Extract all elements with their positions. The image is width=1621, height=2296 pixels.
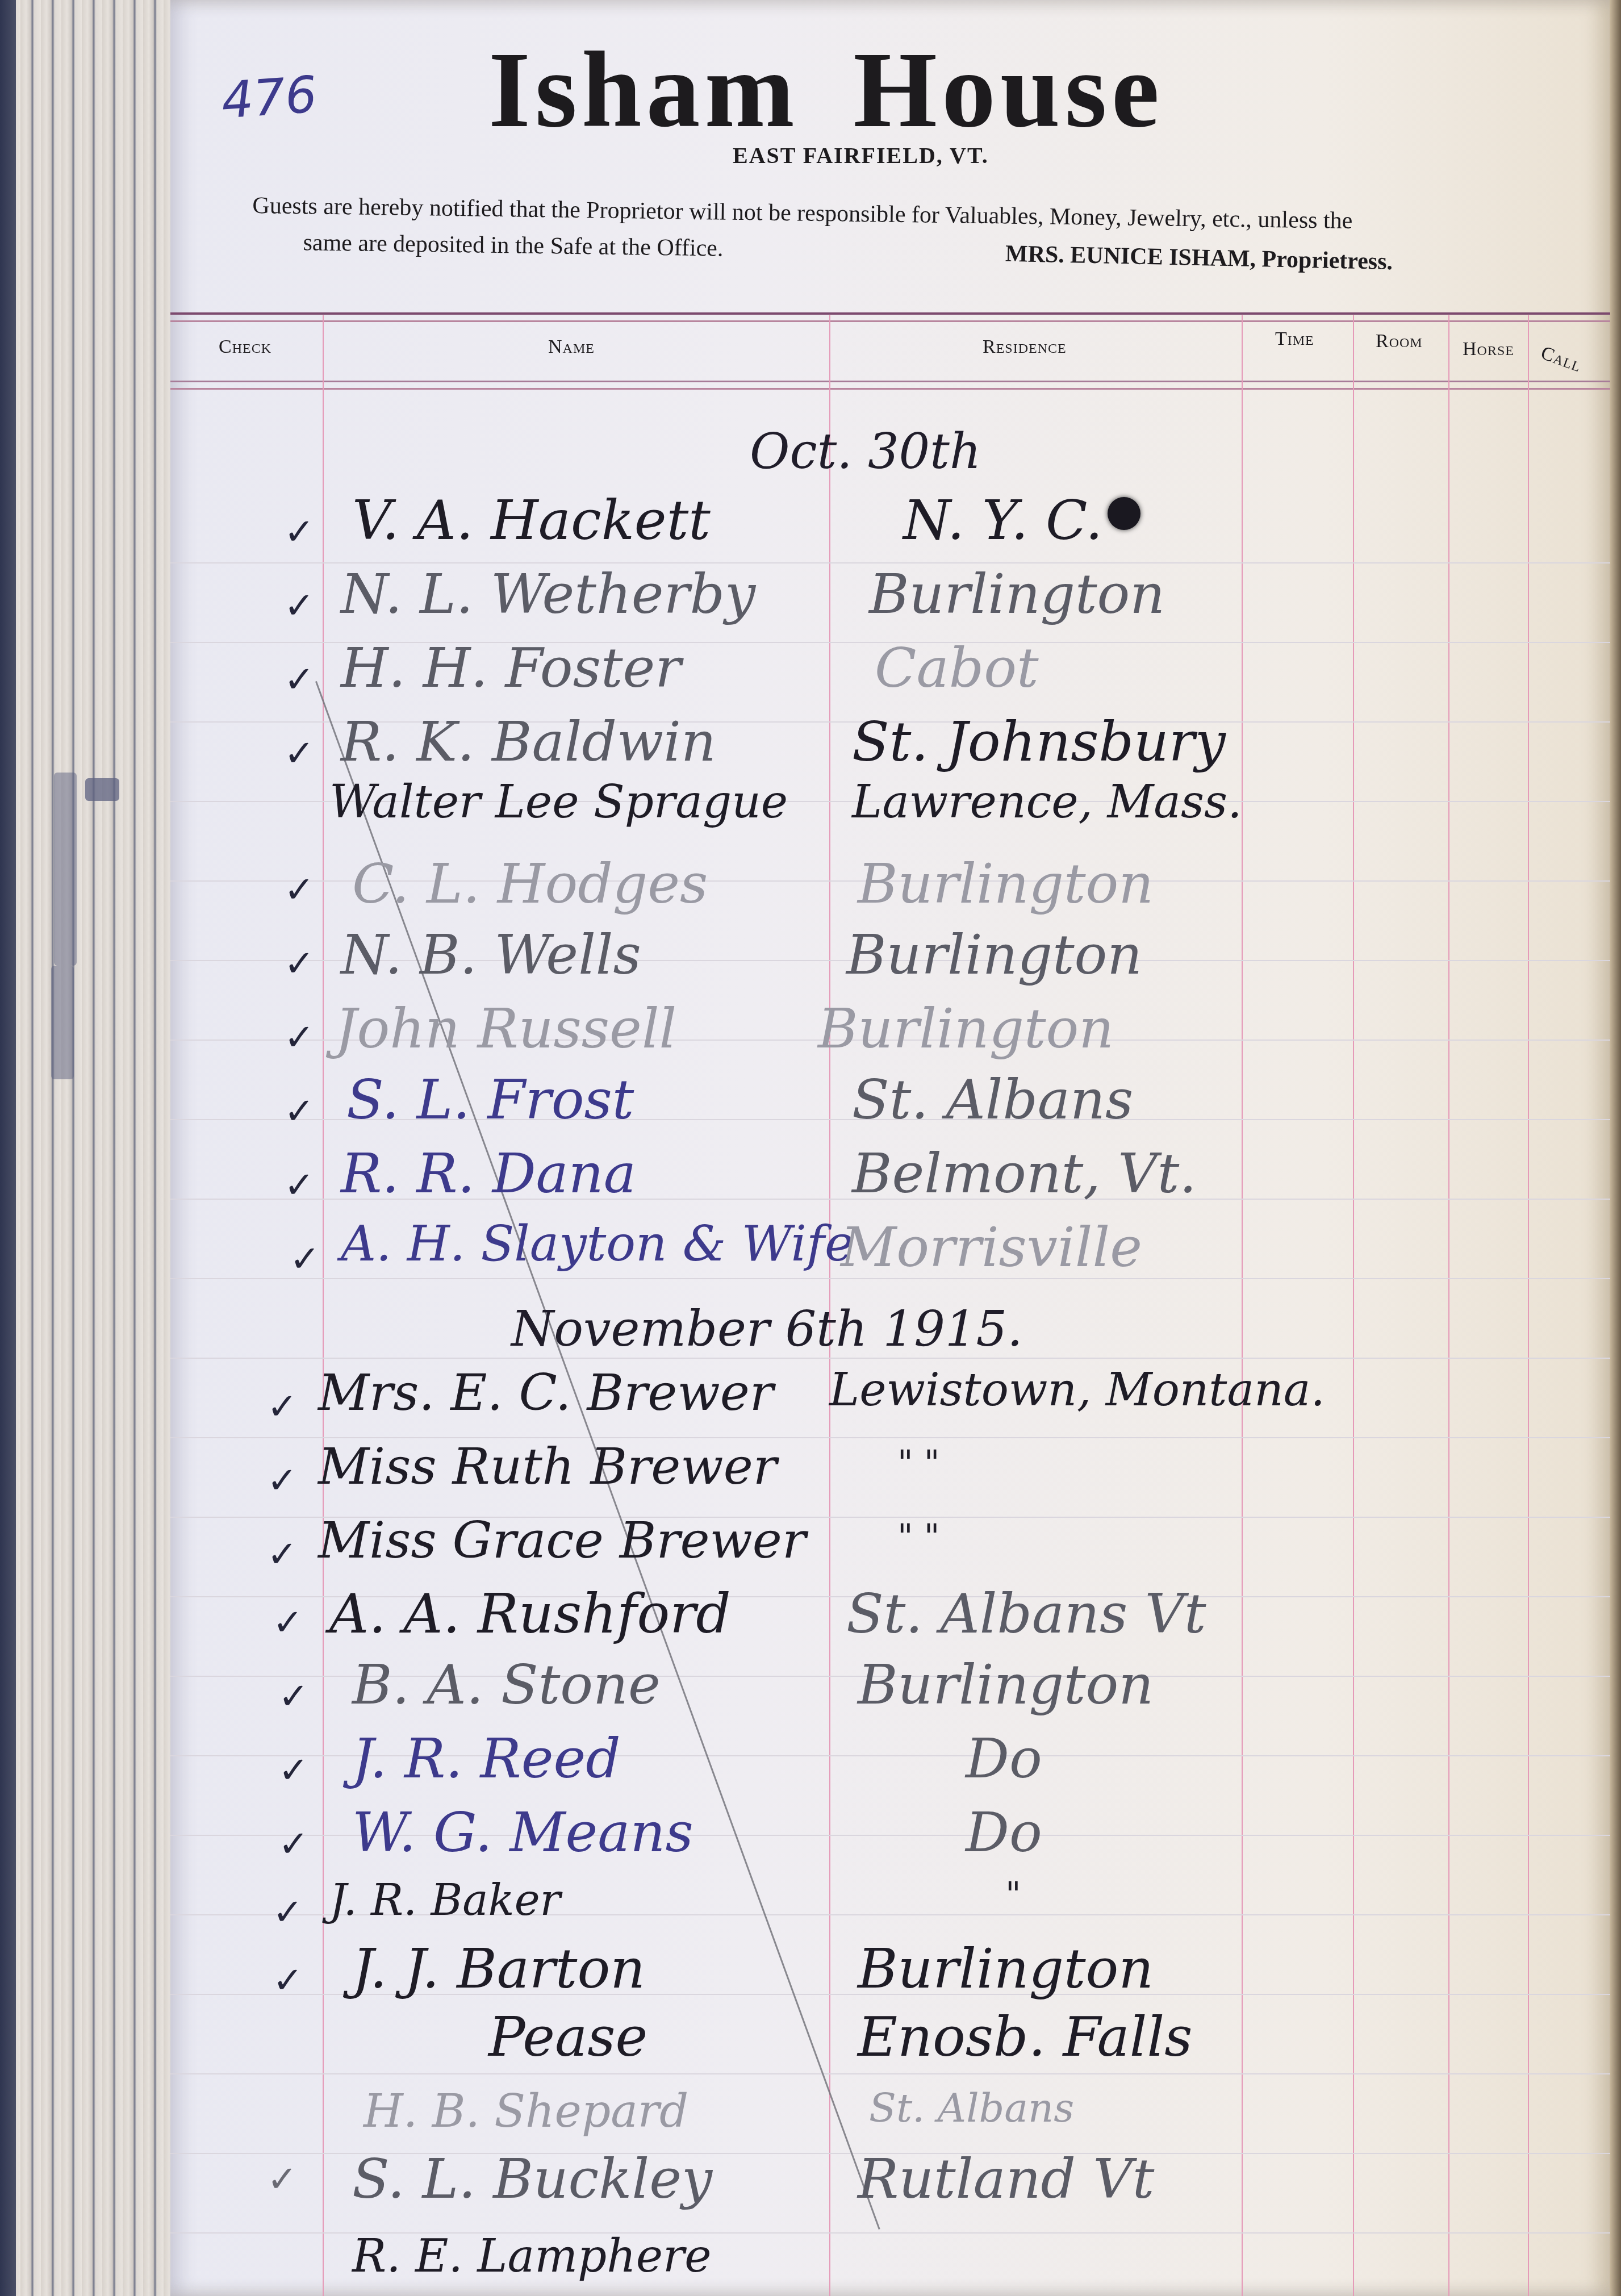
guest-name: Miss Ruth Brewer: [318, 1437, 777, 1496]
guest-name: S. L. Frost: [346, 1068, 634, 1132]
guest-residence: Burlington: [818, 997, 1114, 1061]
guest-residence: Do: [966, 1801, 1042, 1864]
ruled-line: [170, 2073, 1610, 2074]
column-divider: [1448, 315, 1449, 2296]
date-heading: Oct. 30th: [750, 423, 981, 480]
book-page-edges: [0, 0, 170, 2296]
page-stain: [54, 773, 77, 966]
guest-name: N. B. Wells: [341, 923, 641, 987]
guest-name: H. B. Shepard: [364, 2085, 688, 2138]
check-mark: ✓: [278, 1676, 309, 1718]
check-mark: ✓: [290, 1238, 320, 1280]
guest-name: W. G. Means: [352, 1801, 693, 1864]
guest-residence: Belmont, Vt.: [852, 1142, 1197, 1205]
page-stain: [85, 778, 119, 801]
check-mark: ✓: [284, 943, 315, 985]
guest-name: A. H. Slayton & Wife: [341, 1216, 854, 1272]
guest-residence: Do: [966, 1727, 1042, 1790]
column-divider: [1353, 315, 1354, 2296]
check-mark: ✓: [273, 1960, 303, 2002]
guest-residence: " ": [897, 1443, 939, 1483]
column-header-name: Name: [548, 336, 595, 358]
header-rule-bottom: [170, 381, 1610, 390]
guest-residence: " ": [897, 1517, 939, 1556]
guest-name: J. R. Baker: [329, 1875, 561, 1925]
check-mark: ✓: [278, 1750, 309, 1792]
check-mark: ✓: [267, 2159, 298, 2201]
guest-name: A. A. Rushford: [329, 1582, 731, 1646]
page-stain: [51, 966, 74, 1079]
guest-residence: Lewistown, Montana.: [829, 1363, 1325, 1416]
punch-hole: [1108, 497, 1140, 530]
guest-name: Miss Grace Brewer: [318, 1511, 806, 1569]
column-header-room: Room: [1376, 331, 1423, 352]
check-mark: ✓: [267, 1386, 298, 1428]
check-mark: ✓: [273, 1892, 303, 1934]
guest-residence: Burlington: [858, 852, 1154, 916]
guest-residence: St. Albans Vt: [846, 1582, 1206, 1646]
guest-name: John Russell: [335, 997, 676, 1061]
guest-name: Pease: [488, 2005, 647, 2069]
guest-name: C. L. Hodges: [352, 852, 708, 916]
guest-name: Mrs. E. C. Brewer: [318, 1363, 774, 1422]
guest-residence: Burlington: [869, 562, 1165, 626]
check-mark: ✓: [284, 1091, 315, 1133]
column-header-time: Time: [1275, 328, 1314, 350]
guest-residence: Enosb. Falls: [858, 2005, 1192, 2069]
column-divider: [1528, 315, 1529, 2296]
guest-name: R. K. Baldwin: [341, 710, 716, 774]
column-header-residence: Residence: [983, 336, 1067, 358]
guest-name: S. L. Buckley: [352, 2147, 712, 2211]
ruled-line: [170, 1358, 1610, 1359]
column-divider: [1242, 315, 1243, 2296]
check-mark: ✓: [273, 1602, 303, 1644]
check-mark: ✓: [284, 1164, 315, 1207]
check-mark: ✓: [284, 733, 315, 775]
guest-name: Walter Lee Sprague: [329, 775, 788, 828]
check-mark: ✓: [284, 659, 315, 701]
check-mark: ✓: [284, 1017, 315, 1059]
guest-residence: ": [1005, 1875, 1021, 1914]
location: EAST FAIRFIELD, VT.: [733, 142, 989, 169]
guest-name: R. E. Lamphere: [352, 2230, 712, 2282]
check-mark: ✓: [267, 1534, 298, 1576]
guest-residence: Rutland Vt: [858, 2147, 1154, 2211]
guest-residence: St. Albans: [869, 2085, 1074, 2131]
guest-residence: Burlington: [858, 1653, 1154, 1717]
check-mark: ✓: [267, 1460, 298, 1502]
page-number: 476: [220, 65, 319, 130]
check-mark: ✓: [278, 1823, 309, 1865]
check-mark: ✓: [284, 585, 315, 627]
guest-residence: Lawrence, Mass.: [852, 775, 1242, 828]
date-heading: November 6th 1915.: [511, 1301, 1023, 1358]
guest-residence: Cabot: [875, 636, 1039, 700]
guest-name: R. R. Dana: [341, 1142, 636, 1205]
guest-residence: Burlington: [858, 1937, 1154, 2001]
column-header-horse: Horse: [1463, 339, 1514, 360]
guest-residence: St. Albans: [852, 1068, 1133, 1132]
guest-residence: St. Johnsbury: [852, 710, 1226, 774]
column-header-check: Check: [219, 336, 271, 358]
page-title: Isham House: [488, 28, 1164, 152]
check-mark: ✓: [284, 511, 315, 553]
guest-residence: N. Y. C.: [903, 489, 1102, 552]
guest-name: J. J. Barton: [352, 1937, 645, 2001]
guest-name: N. L. Wetherby: [341, 562, 755, 626]
guest-name: V. A. Hackett: [352, 489, 711, 552]
check-mark: ✓: [284, 869, 315, 911]
guest-residence: Morrisville: [841, 1216, 1142, 1279]
guest-name: H. H. Foster: [341, 636, 681, 700]
column-divider: [323, 315, 324, 2296]
guest-residence: Burlington: [846, 923, 1142, 987]
header-rule-top: [170, 312, 1610, 322]
guest-name: B. A. Stone: [352, 1653, 661, 1717]
guest-name: J. R. Reed: [352, 1727, 621, 1790]
book-right-edge: [1610, 0, 1621, 2296]
